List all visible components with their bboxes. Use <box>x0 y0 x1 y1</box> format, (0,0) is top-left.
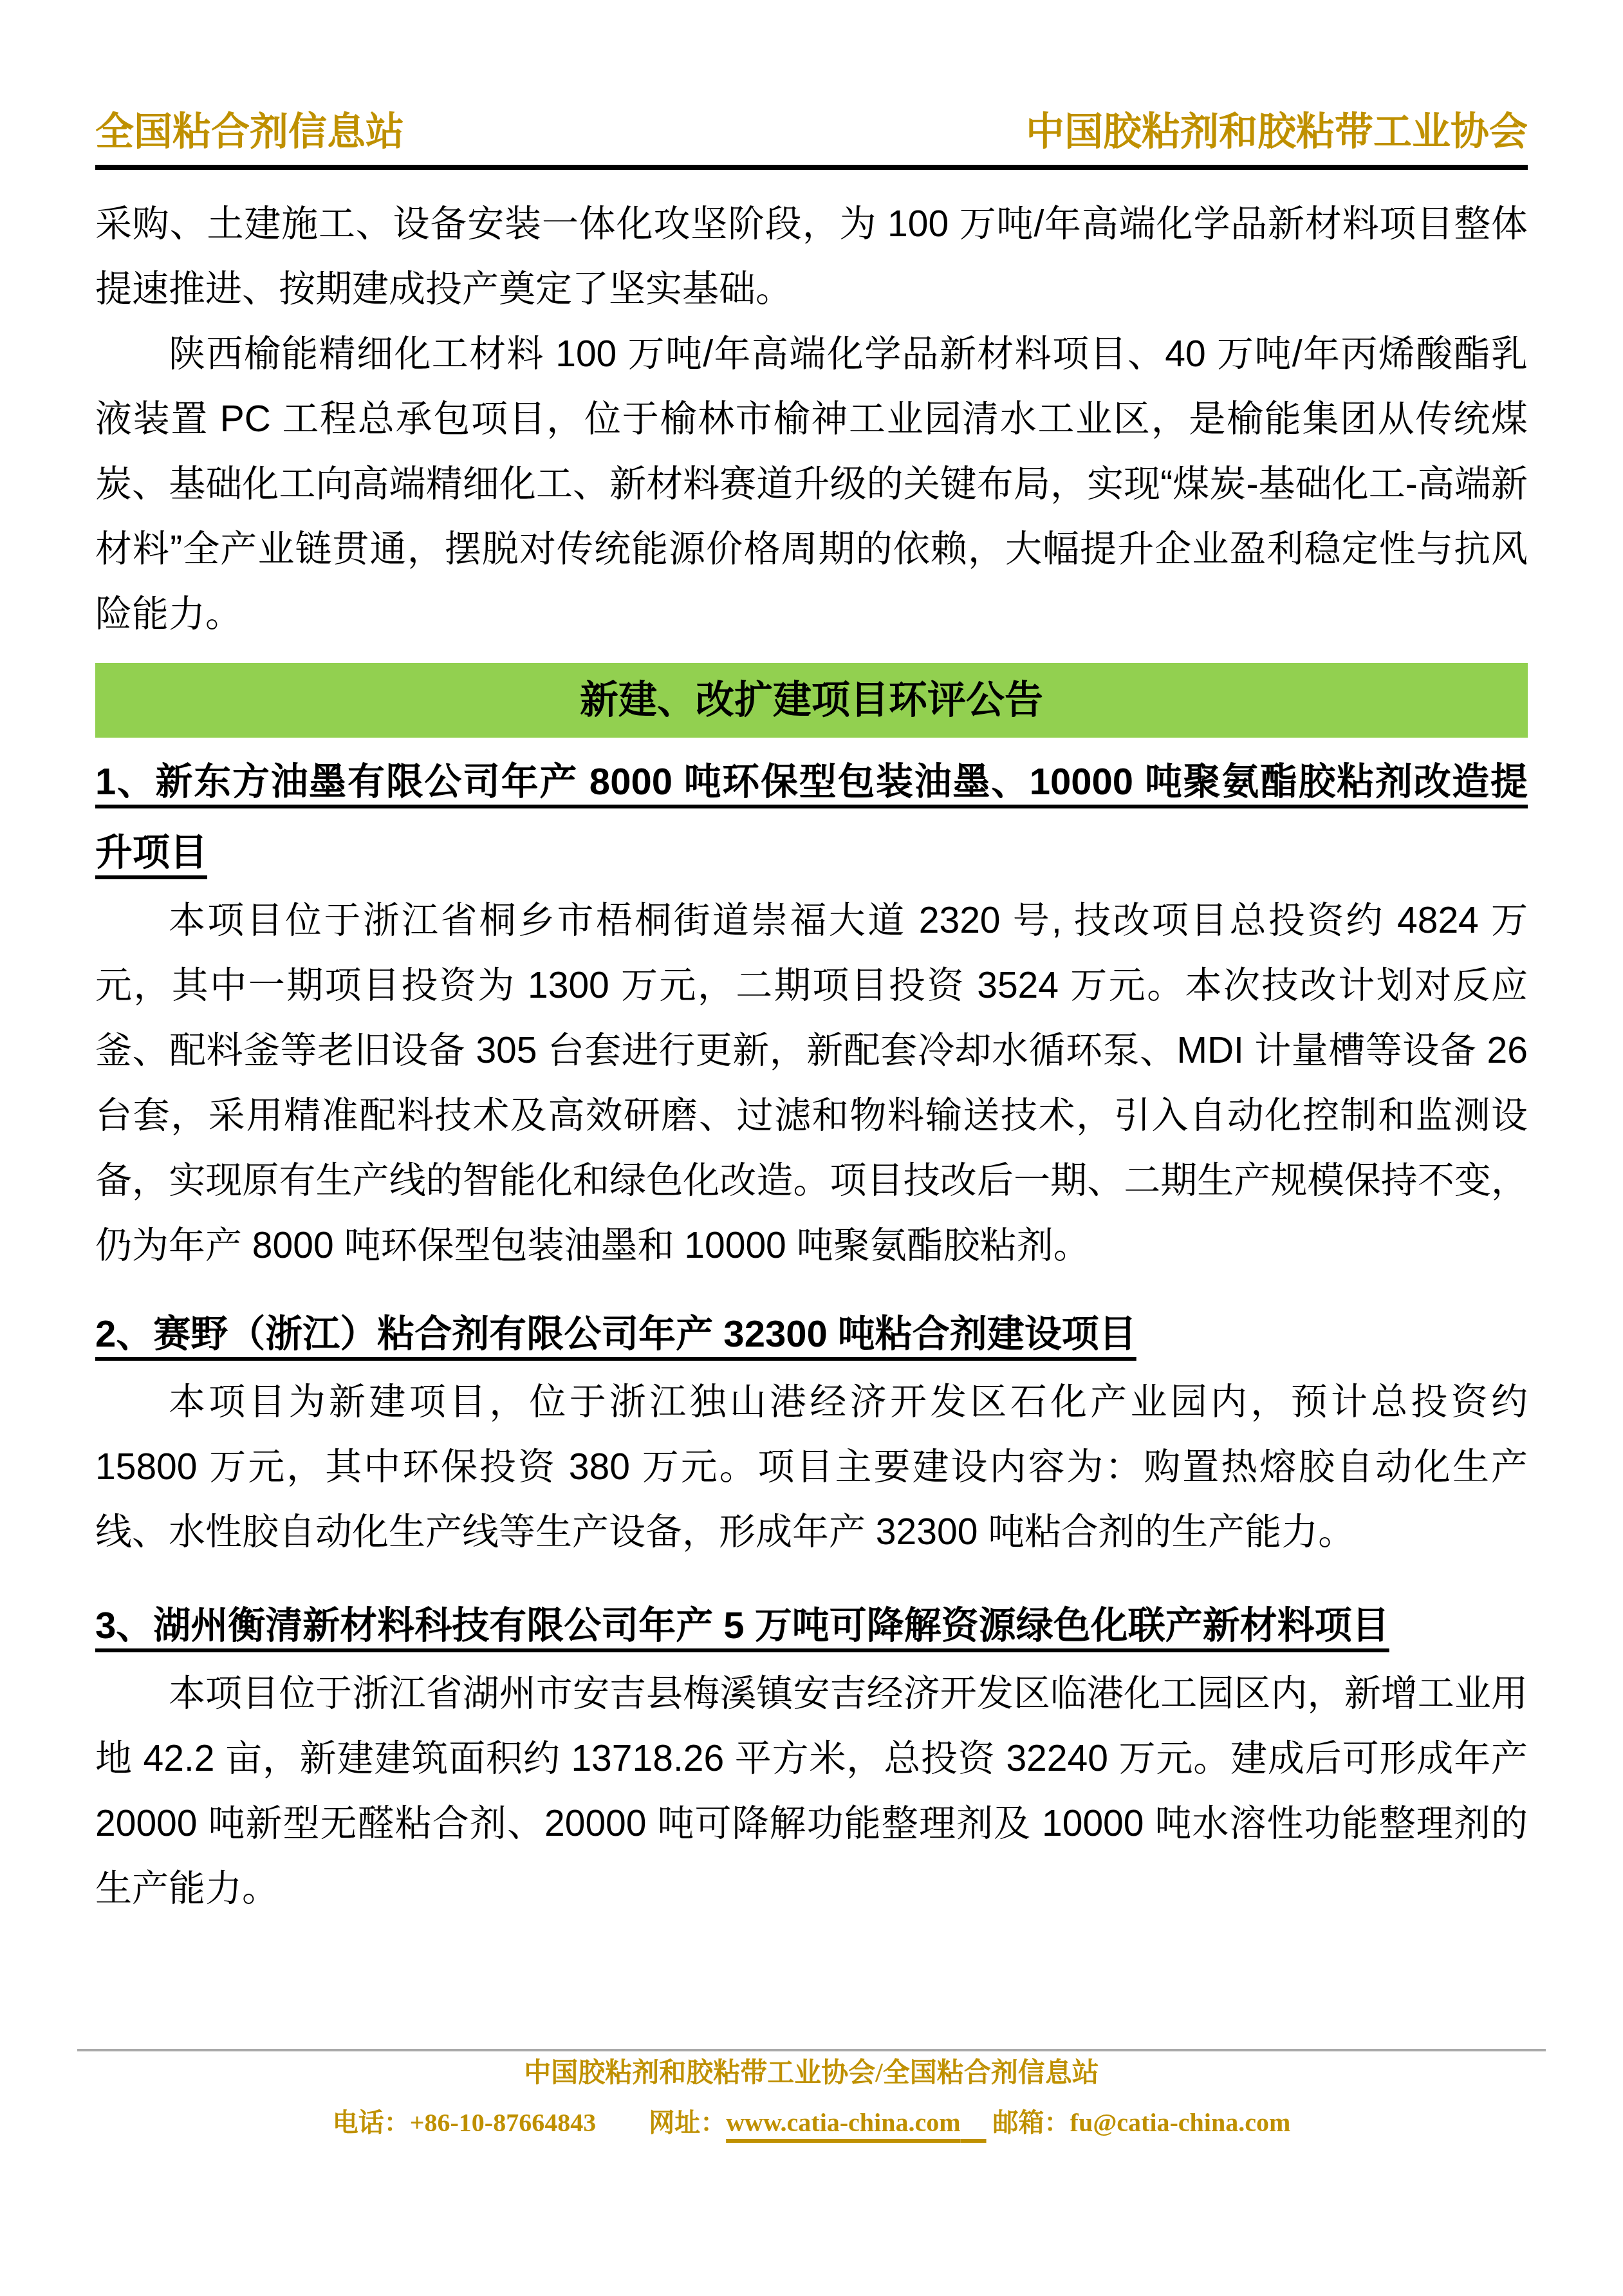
section-2-body: 本项目为新建项目，位于浙江独山港经济开发区石化产业园内，预计总投资约 15800… <box>95 1370 1528 1565</box>
header-right-title: 中国胶粘剂和胶粘带工业协会 <box>1026 108 1528 156</box>
page-footer: 中国胶粘剂和胶粘带工业协会/全国粘合剂信息站 电话：+86-10-8766484… <box>77 2049 1546 2139</box>
section-1-heading: 1、新东方油墨有限公司年产 8000 吨环保型包装油墨、10000 吨聚氨酯胶粘… <box>95 747 1528 888</box>
footer-phone-label: 电话： <box>333 2108 410 2137</box>
banner-title: 新建、改扩建项目环评公告 <box>580 678 1043 722</box>
section-3-body: 本项目位于浙江省湖州市安吉县梅溪镇安吉经济开发区临港化工园区内，新增工业用地 4… <box>95 1661 1528 1921</box>
footer-website-link[interactable]: www.catia-china.com <box>726 2108 986 2137</box>
section-3-heading: 3、湖州衡清新材料科技有限公司年产 5 万吨可降解资源绿色化联产新材料项目 <box>95 1591 1528 1661</box>
footer-email-address: fu@catia-china.com <box>1070 2108 1291 2137</box>
footer-organization-line: 中国胶粘剂和胶粘带工业协会/全国粘合剂信息站 <box>77 2057 1546 2090</box>
intro-paragraph-shaanxi-project: 陕西榆能精细化工材料 100 万吨/年高端化学品新材料项目、40 万吨/年丙烯酸… <box>95 322 1528 647</box>
page-header: 全国粘合剂信息站 中国胶粘剂和胶粘带工业协会 <box>95 0 1528 156</box>
header-divider <box>95 165 1528 170</box>
intro-paragraph-continuation: 采购、土建施工、设备安装一体化攻坚阶段，为 100 万吨/年高端化学品新材料项目… <box>95 192 1528 322</box>
footer-contact-line: 电话：+86-10-87664843 网址：www.catia-china.co… <box>77 2107 1546 2139</box>
section-2-heading: 2、赛野（浙江）粘合剂有限公司年产 32300 吨粘合剂建设项目 <box>95 1299 1528 1370</box>
footer-divider <box>77 2049 1546 2051</box>
footer-email-label: 邮箱： <box>993 2108 1070 2137</box>
document-page: 全国粘合剂信息站 中国胶粘剂和胶粘带工业协会 采购、土建施工、设备安装一体化攻坚… <box>0 0 1623 2296</box>
section-1-body: 本项目位于浙江省桐乡市梧桐街道崇福大道 2320 号, 技改项目总投资约 482… <box>95 888 1528 1278</box>
footer-phone-number: +86-10-87664843 <box>410 2108 596 2137</box>
header-left-title: 全国粘合剂信息站 <box>95 108 404 156</box>
footer-website-label: 网址： <box>649 2108 726 2137</box>
section-banner: 新建、改扩建项目环评公告 <box>95 663 1528 738</box>
